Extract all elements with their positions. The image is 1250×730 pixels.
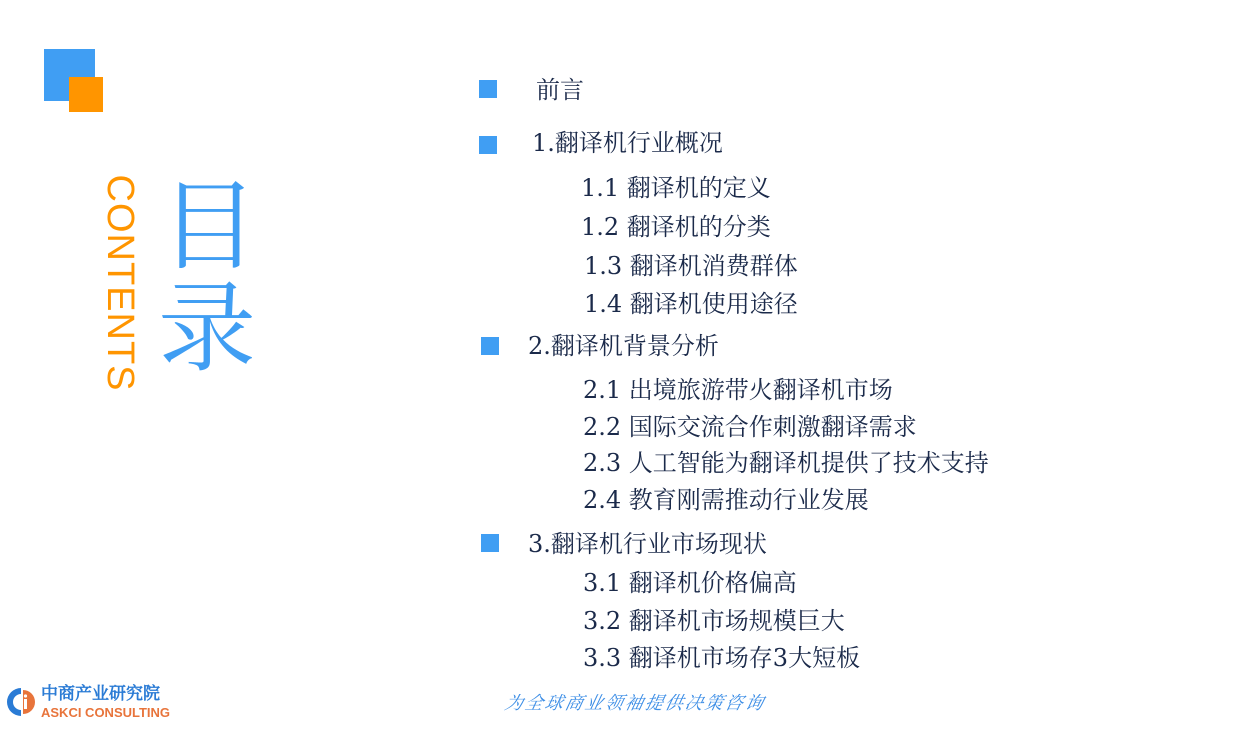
toc-section-3[interactable]: 3.翻译机行业市场现状 xyxy=(528,532,767,556)
toc-item-2-2[interactable]: 2.2 国际交流合作刺激翻译需求 xyxy=(583,415,917,439)
toc-section-2[interactable]: 2.翻译机背景分析 xyxy=(528,334,719,358)
toc-item-1-2[interactable]: 1.2 翻译机的分类 xyxy=(581,215,771,239)
bullet-icon xyxy=(479,136,497,154)
toc-item-2-3[interactable]: 2.3 人工智能为翻译机提供了技术支持 xyxy=(583,451,989,475)
bullet-icon xyxy=(481,534,499,552)
toc-item-2-1[interactable]: 2.1 出境旅游带火翻译机市场 xyxy=(583,378,893,402)
bullet-icon xyxy=(479,80,497,98)
contents-title-cn-2: 录 xyxy=(158,280,256,378)
toc-section-preface[interactable]: 前言 xyxy=(536,78,584,102)
footer-slogan: 为全球商业领袖提供决策咨询 xyxy=(503,695,767,713)
toc-item-1-4[interactable]: 1.4 翻译机使用途径 xyxy=(584,292,798,316)
toc-item-1-1[interactable]: 1.1 翻译机的定义 xyxy=(581,176,771,200)
bullet-icon xyxy=(481,337,499,355)
contents-title-cn-1: 目 xyxy=(160,178,258,276)
contents-title-en: CONTENTS xyxy=(101,175,139,392)
toc-item-2-4[interactable]: 2.4 教育刚需推动行业发展 xyxy=(583,488,869,512)
askci-logo-icon xyxy=(6,686,36,718)
toc-item-3-3[interactable]: 3.3 翻译机市场存3大短板 xyxy=(583,646,860,670)
logo-text-cn: 中商产业研究院 xyxy=(41,686,160,703)
toc-item-1-3[interactable]: 1.3 翻译机消费群体 xyxy=(584,254,798,278)
decor-orange-square xyxy=(69,77,103,112)
toc-item-3-2[interactable]: 3.2 翻译机市场规模巨大 xyxy=(583,609,845,633)
toc-item-3-1[interactable]: 3.1 翻译机价格偏高 xyxy=(583,571,797,595)
toc-section-1[interactable]: 1.翻译机行业概况 xyxy=(532,131,723,155)
logo-text-en: ASKCI CONSULTING xyxy=(41,706,170,719)
